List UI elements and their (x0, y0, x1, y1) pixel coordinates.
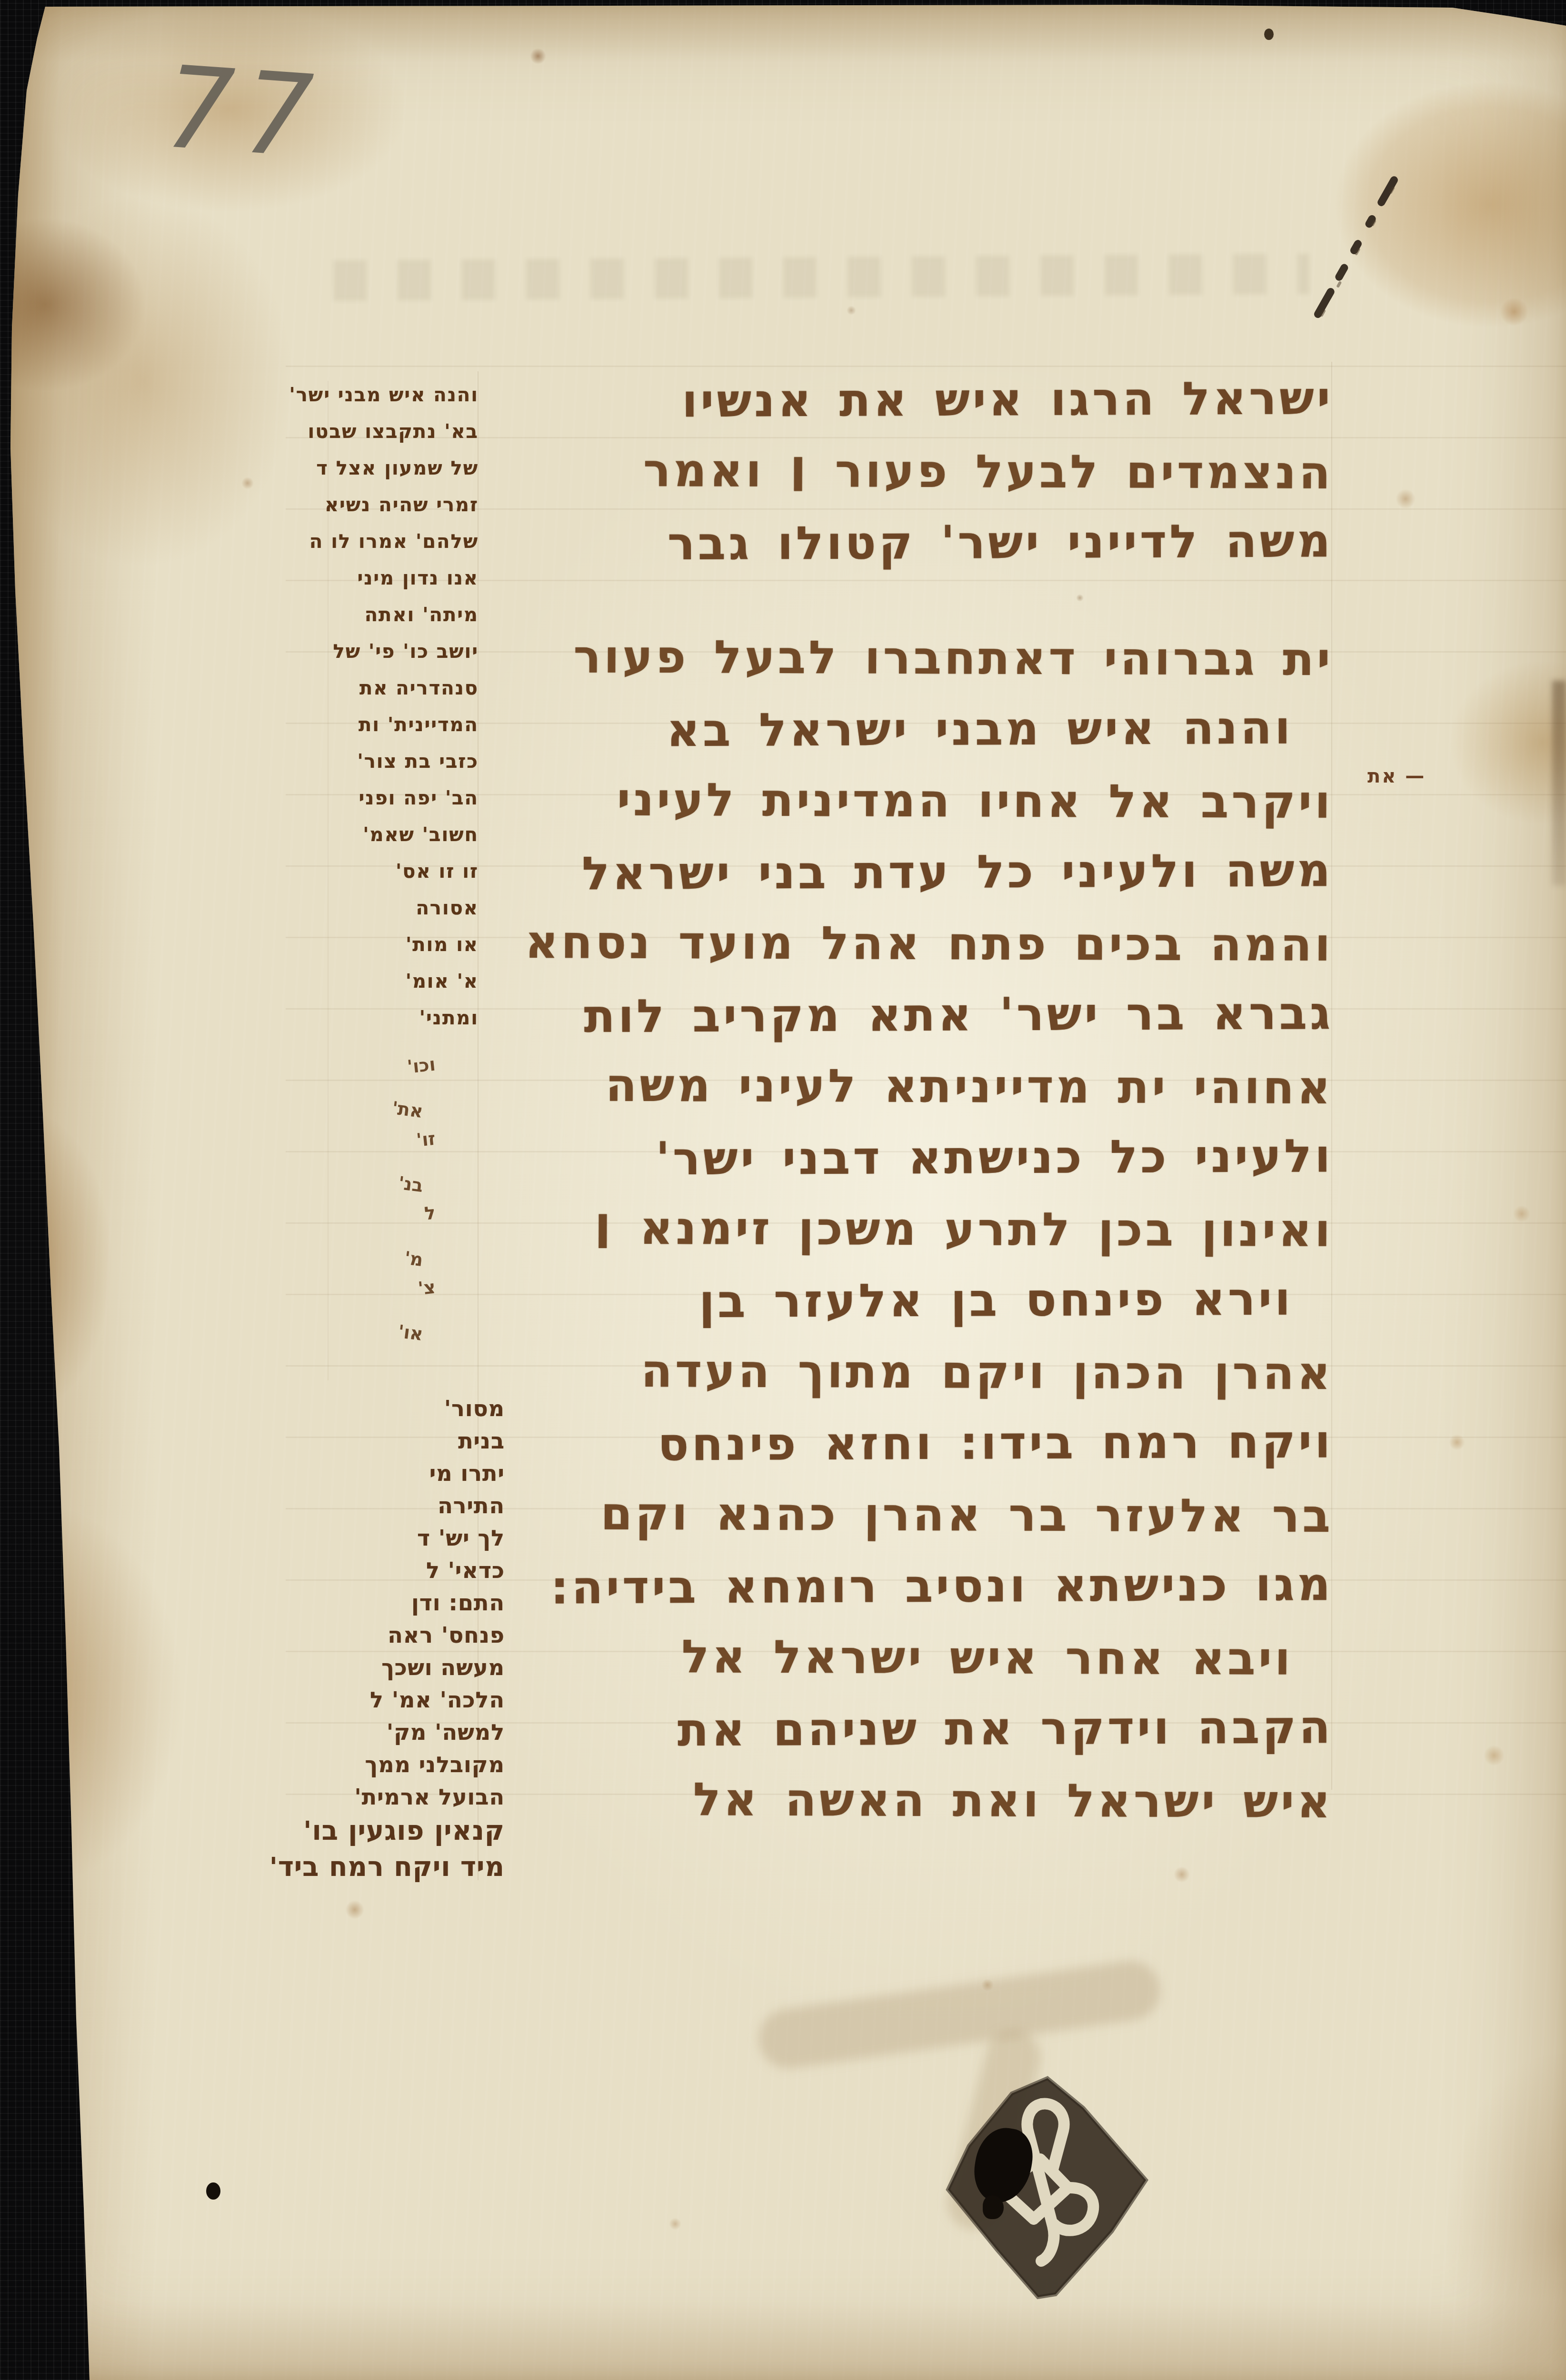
text-line: הנצמדים לבעל פעור ׀ ואמר (514, 434, 1334, 508)
margin-line: והנה איש מבני ישר' (231, 377, 479, 414)
right-edge-shadow (1552, 681, 1566, 885)
margin-line: בא' נתקבצו שבטו (231, 414, 479, 450)
text-line: משה ולעיני כל עדת בני ישראל (514, 834, 1334, 910)
margin-commentary-taper: וכו' את' זו' בנ' ל מ' צ' או' (331, 1051, 436, 1348)
margin-line: שלהם' אמרו לו ה (231, 524, 479, 560)
margin-line: מקובלני ממך (209, 1748, 505, 1781)
text-line: אחוהי ית מדייניתא לעיני משה (514, 1049, 1334, 1123)
margin-line: א' אומ' (231, 963, 479, 1000)
margin-line: יתרו מי (209, 1457, 505, 1489)
margin-taper-mark: או' (329, 1305, 438, 1354)
margin-line: מיד ויקח רמח ביד' (209, 1849, 505, 1885)
text-line: ויבא אחר איש ישראל אל (514, 1620, 1334, 1695)
library-knot-stamp-icon (940, 2074, 1155, 2298)
text-line: הקבה וידקר את שניהם את (514, 1691, 1334, 1766)
text-line: משה לדייני ישר' קטולו גבר (514, 505, 1334, 580)
text-line: אהרן הכהן ויקם מתוך העדה (514, 1335, 1334, 1409)
margin-line: כזבי בת צור' (231, 744, 479, 780)
margin-line: לך יש' ד (209, 1522, 505, 1554)
margin-line: של שמעון אצל ד (231, 450, 479, 487)
margin-line: או מות' (231, 927, 479, 963)
main-text-block: ישראל הרגו איש את אנשיו הנצמדים לבעל פעו… (514, 364, 1333, 1836)
margin-line: התירה (209, 1489, 505, 1522)
text-line: וירא פינחס בן אלעזר בן (514, 1263, 1334, 1338)
margin-line: הב' יפה ופני (231, 780, 479, 817)
margin-line: חשוב' שאמ' (231, 817, 479, 853)
text-line: ולעיני כל כנישתא דבני ישר' (514, 1120, 1334, 1195)
margin-line: המדיינית' ות (231, 707, 479, 744)
text-line: ישראל הרגו איש את אנשיו (514, 362, 1334, 437)
margin-line: מעשה ושכך (209, 1651, 505, 1684)
margin-line: בנית (209, 1425, 505, 1457)
ink-blot-tail (983, 2195, 1004, 2219)
margin-line: מיתה' ואתה (231, 597, 479, 634)
text-line: ואינון בכן לתרע משכן זימנא ׀ (514, 1192, 1334, 1266)
text-line: ית גברוהי דאתחברו לבעל פעור (514, 621, 1334, 695)
margin-commentary-lower: מסור' בנית יתרו מי התירה לך יש' ד כדאי' … (209, 1392, 505, 1885)
margin-line: הלכה' אמ' ל (209, 1684, 505, 1716)
margin-commentary-upper: והנה איש מבני ישר' בא' נתקבצו שבטו של שמ… (231, 377, 479, 1037)
ink-bleedthrough-band (333, 254, 1310, 301)
margin-line: הבועל ארמית' (209, 1781, 505, 1813)
margin-line: כדאי' ל (209, 1554, 505, 1587)
text-line: בר אלעזר בר אהרן כהנא וקם (514, 1478, 1334, 1552)
text-line: איש ישראל ואת האשה אל (514, 1763, 1334, 1837)
margin-line: למשה' מק' (209, 1716, 505, 1748)
right-margin-correction-note: — את (1367, 765, 1426, 787)
text-line: ויקח רמח בידו: וחזא פינחס (514, 1406, 1334, 1481)
pen-trial-stroke-icon (1281, 138, 1433, 338)
manuscript-photo: 77 ישראל הרגו איש את אנשיו הנצמדים לבעל … (0, 0, 1566, 2380)
margin-line: קנאין פוגעין בו' (209, 1813, 505, 1849)
text-line: ויקרב אל אחיו המדינית לעיני (514, 764, 1334, 838)
margin-line: התם: ודן (209, 1587, 505, 1619)
margin-line: אסורה (231, 890, 479, 927)
folio-number-pencil: 77 (148, 51, 333, 174)
margin-line: פנחס' ראה (209, 1619, 505, 1651)
margin-line: יושב כו' פי' של (231, 634, 479, 670)
text-line: גברא בר ישר' אתא מקריב לות (514, 977, 1334, 1052)
margin-line: זו זו אס' (231, 853, 479, 890)
margin-line: ומתני' (231, 1000, 479, 1037)
margin-line: סנהדריה את (231, 670, 479, 707)
text-line: והמה בכים פתח אהל מועד נסחא (514, 906, 1334, 981)
text-line: והנה איש מבני ישראל בא (514, 692, 1334, 767)
margin-line: זמרי שהיה נשיא (231, 487, 479, 524)
text-line: מגו כנישתא ונסיב רומחא בידיה: (514, 1548, 1334, 1624)
margin-line: אנו נדון מיני (231, 560, 479, 597)
margin-line: מסור' (209, 1392, 505, 1425)
